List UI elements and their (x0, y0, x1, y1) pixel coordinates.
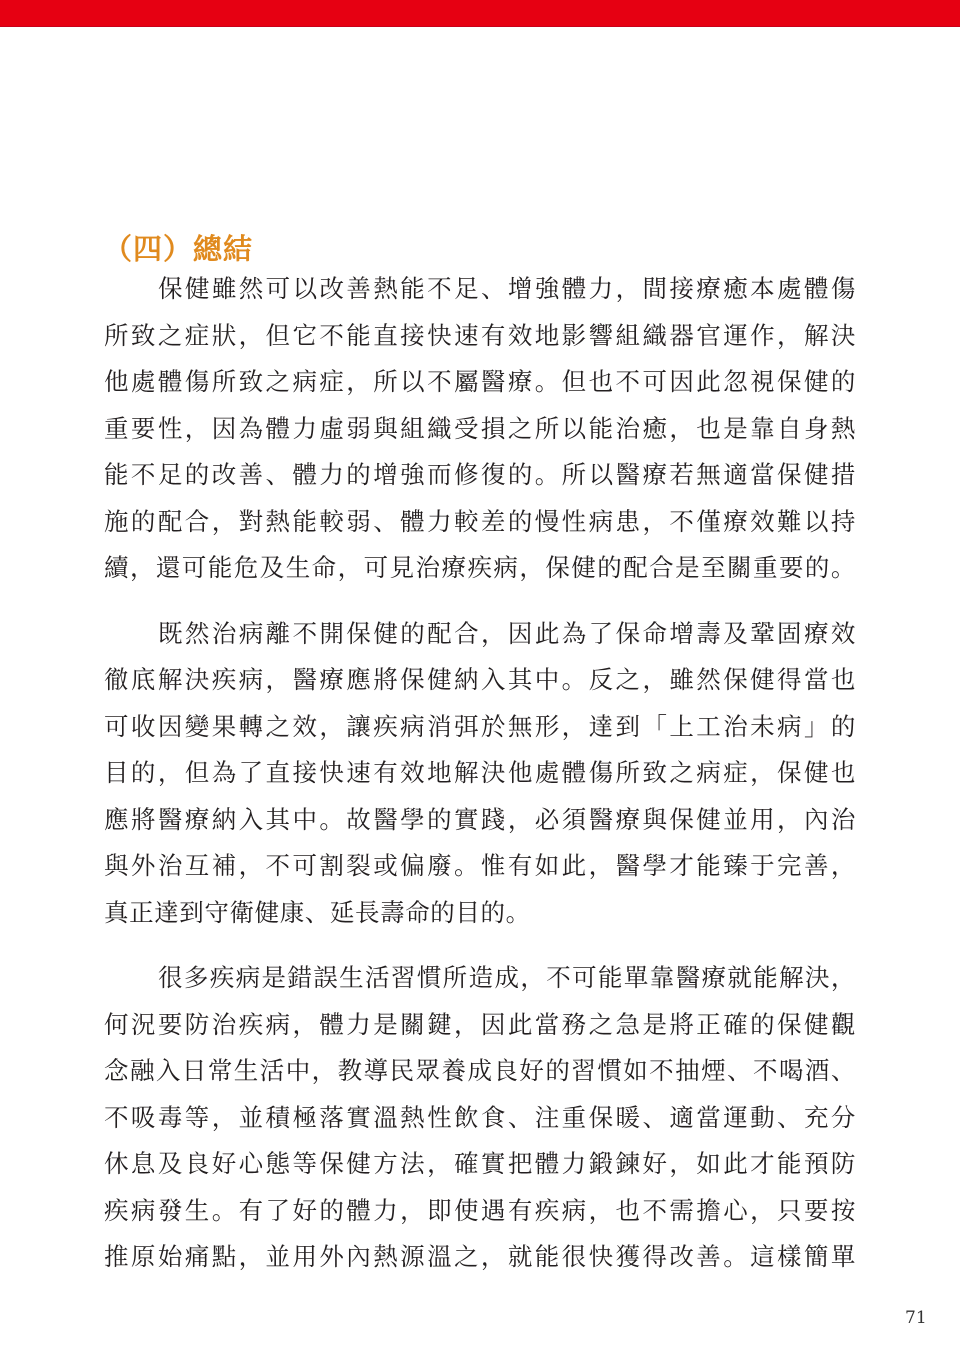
text-line: 重要性，因為體力虛弱與組織受損之所以能治癒，也是靠自身熱 (104, 406, 856, 453)
text-line: 不吸毒等，並積極落實溫熱性飲食、注重保暖、適當運動、充分 (104, 1095, 856, 1142)
text-line: 徹底解決疾病，醫療應將保健納入其中。反之，雖然保健得當也 (104, 657, 856, 704)
text-line: 所致之症狀，但它不能直接快速有效地影響組織器官運作，解決 (104, 313, 856, 360)
text-line: 真正達到守衛健康、延長壽命的目的。 (104, 890, 856, 937)
text-line: 念融入日常生活中，教導民眾養成良好的習慣如不抽煙、不喝酒、 (104, 1048, 856, 1095)
text-line: 目的，但為了直接快速有效地解決他處體傷所致之病症，保健也 (104, 750, 856, 797)
text-line: 推原始痛點，並用外內熱源溫之，就能很快獲得改善。這樣簡單 (104, 1234, 856, 1281)
text-line: 與外治互補，不可割裂或偏廢。惟有如此，醫學才能臻于完善， (104, 843, 856, 890)
body-text: 保健雖然可以改善熱能不足、增強體力，間接療癒本處體傷 所致之症狀，但它不能直接快… (104, 266, 860, 1300)
top-accent-bar (0, 0, 960, 27)
text-line: 休息及良好心態等保健方法，確實把體力鍛鍊好，如此才能預防 (104, 1141, 856, 1188)
text-line: 能不足的改善、體力的增強而修復的。所以醫療若無適當保健措 (104, 452, 856, 499)
page-number: 71 (905, 1308, 927, 1328)
text-line: 既然治病離不開保健的配合，因此為了保命增壽及鞏固療效 (104, 611, 856, 658)
text-line: 可收因變果轉之效，讓疾病消弭於無形，達到「上工治未病」的 (104, 704, 856, 751)
text-line: 續，還可能危及生命，可見治療疾病，保健的配合是至關重要的。 (104, 545, 856, 592)
paragraph-2: 既然治病離不開保健的配合，因此為了保命增壽及鞏固療效 徹底解決疾病，醫療應將保健… (104, 611, 860, 937)
section-heading: （四）總結 (103, 227, 253, 268)
text-line: 他處體傷所致之病症，所以不屬醫療。但也不可因此忽視保健的 (104, 359, 856, 406)
text-line: 疾病發生。有了好的體力，即使遇有疾病，也不需擔心，只要按 (104, 1188, 856, 1235)
text-line: 何況要防治疾病，體力是關鍵，因此當務之急是將正確的保健觀 (104, 1002, 856, 1049)
text-line: 保健雖然可以改善熱能不足、增強體力，間接療癒本處體傷 (104, 266, 856, 313)
text-line: 很多疾病是錯誤生活習慣所造成，不可能單靠醫療就能解決， (104, 955, 856, 1002)
text-line: 施的配合，對熱能較弱、體力較差的慢性病患，不僅療效難以持 (104, 499, 856, 546)
paragraph-3: 很多疾病是錯誤生活習慣所造成，不可能單靠醫療就能解決， 何況要防治疾病，體力是關… (104, 955, 860, 1281)
paragraph-1: 保健雖然可以改善熱能不足、增強體力，間接療癒本處體傷 所致之症狀，但它不能直接快… (104, 266, 860, 592)
text-line: 應將醫療納入其中。故醫學的實踐，必須醫療與保健並用，內治 (104, 797, 856, 844)
